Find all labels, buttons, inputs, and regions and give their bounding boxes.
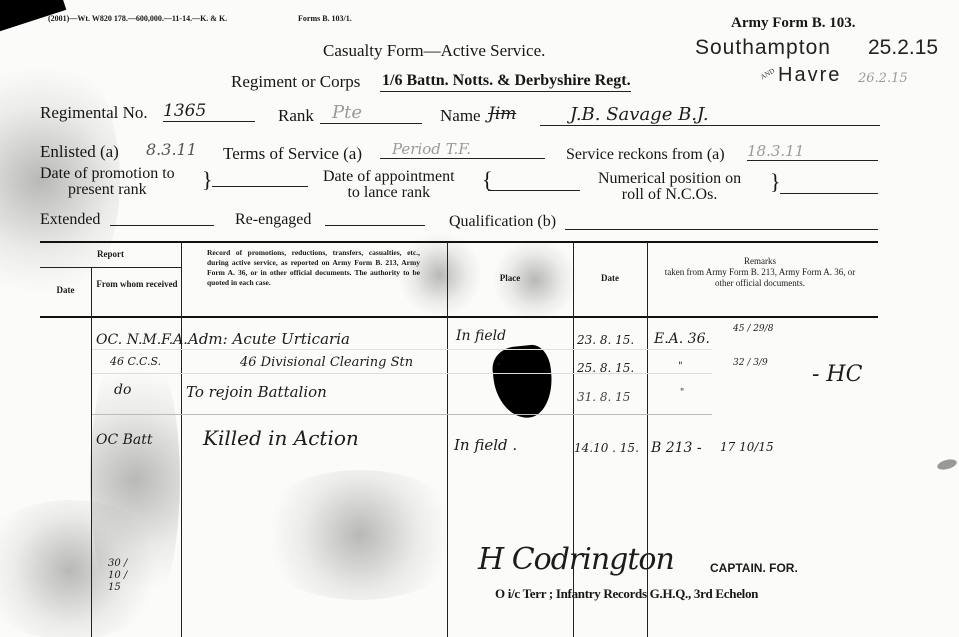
regimental-no-value: 1365: [163, 101, 255, 122]
records-office: O i/c Terr ; Infantry Records G.H.Q., 3r…: [495, 586, 758, 602]
col-divider: [647, 242, 648, 637]
header-place: Place: [447, 273, 573, 284]
extended-field[interactable]: [110, 225, 214, 226]
promotion-label-line2: present rank: [40, 182, 175, 198]
stamp-southampton-date: 25.2.15: [868, 36, 938, 60]
name-label: Name: [440, 106, 481, 126]
regimental-no-label: Regimental No.: [40, 103, 148, 123]
remarks-note-cell: 17 10/15: [720, 440, 774, 454]
terms-label: Terms of Service (a): [223, 144, 362, 164]
promotion-label-line1: Date of promotion to: [40, 166, 175, 182]
extended-label: Extended: [40, 211, 100, 229]
remarks-cell: ": [680, 388, 684, 398]
name-value: J.B. Savage B.J.: [540, 104, 880, 126]
reengaged-label: Re-engaged: [235, 211, 311, 229]
appointment-label-line2: to lance rank: [323, 185, 455, 201]
appointment-label-line1: Date of appointment: [323, 169, 455, 185]
record-cell: 46 Divisional Clearing Stn: [240, 355, 413, 370]
brace-icon: }: [202, 168, 213, 192]
date-cell: 31. 8. 15: [577, 390, 630, 404]
numerical-label-line2: roll of N.C.Os.: [598, 187, 741, 203]
forms-ref: Forms B. 103/1.: [298, 14, 352, 23]
enlisted-label: Enlisted (a): [40, 142, 119, 162]
date-cell: 25. 8. 15.: [577, 361, 634, 375]
enlisted-value: 8.3.11: [146, 140, 197, 159]
remarks-cell: ": [678, 361, 683, 372]
header-date2: Date: [573, 273, 647, 284]
numerical-label: Numerical position on roll of N.C.Os.: [598, 171, 741, 203]
service-reckons-label: Service reckons from (a): [566, 146, 725, 164]
promotion-label: Date of promotion to present rank: [40, 166, 175, 198]
header-report: Report: [40, 249, 181, 260]
numerical-field[interactable]: [780, 193, 878, 194]
brace-icon: {: [482, 168, 493, 192]
col-divider: [91, 268, 92, 637]
from-whom-cell: OC. N.M.F.A.: [96, 332, 188, 348]
stain: [250, 470, 470, 600]
service-reckons-value: 18.3.11: [747, 142, 878, 161]
col-divider: [447, 242, 448, 637]
initials-mark: - HC: [812, 362, 862, 387]
reengaged-field[interactable]: [325, 225, 425, 226]
table-header-rule: [40, 316, 878, 318]
signature-title: CAPTAIN. FOR.: [710, 561, 798, 575]
header-remarks-title: Remarks: [660, 256, 860, 267]
header-date: Date: [40, 285, 91, 296]
record-cell: Adm: Acute Urticaria: [188, 330, 350, 348]
place-cell: ": [496, 362, 501, 373]
qualification-field[interactable]: [565, 229, 878, 230]
record-cell: To rejoin Battalion: [186, 383, 327, 401]
terms-value: Period T.F.: [380, 140, 545, 159]
col-divider: [181, 242, 182, 637]
record-cell: Killed in Action: [203, 426, 359, 450]
numerical-label-line1: Numerical position on: [598, 171, 741, 187]
from-whom-cell: do: [114, 382, 131, 398]
qualification-label: Qualification (b): [449, 213, 556, 231]
row-rule: [92, 349, 712, 350]
report-subrule: [40, 267, 181, 268]
ink-blot: [490, 343, 555, 421]
col-divider: [573, 242, 574, 637]
name-struck-value: Jim: [488, 104, 516, 124]
table-top-rule: [40, 241, 878, 243]
print-line: (2001)—Wt. W820 178.—600,000.—11-14.—K. …: [48, 14, 227, 23]
date-cell: 14.10 . 15.: [574, 441, 639, 455]
promotion-field[interactable]: [212, 186, 308, 187]
place-cell: In field .: [454, 436, 517, 454]
appointment-label: Date of appointment to lance rank: [323, 169, 455, 201]
stamp-and: AND: [759, 67, 776, 82]
from-whom-cell: 46 C.C.S.: [110, 355, 161, 368]
brace-icon: }: [770, 170, 781, 194]
remarks-cell: B 213 -: [651, 440, 702, 456]
signature: H Codrington: [478, 542, 674, 577]
stamp-havre: Havre: [778, 64, 841, 87]
remarks-note-cell: 32 / 3/9: [733, 358, 768, 368]
page-title: Casualty Form—Active Service.: [323, 41, 545, 61]
remarks-cell: E.A. 36.: [654, 331, 710, 347]
row-rule: [92, 414, 712, 415]
form-number: Army Form B. 103.: [731, 15, 856, 32]
appointment-field[interactable]: [488, 190, 580, 191]
remarks-note-cell: 45 / 29/8: [733, 324, 773, 334]
ink-spot: [936, 458, 958, 472]
rank-label: Rank: [278, 106, 314, 126]
header-from-whom: From whom received: [94, 279, 180, 290]
stamp-havre-date: 26.2.15: [858, 71, 908, 86]
regiment-label: Regiment or Corps: [231, 72, 360, 92]
report-date-note: 30 / 10 / 15: [108, 558, 134, 594]
place-cell: In field: [456, 328, 506, 344]
regiment-value: 1/6 Battn. Notts. & Derbyshire Regt.: [380, 72, 631, 92]
header-remarks-body: taken from Army Form B. 213, Army Form A…: [660, 267, 860, 289]
header-record: Record of promotions, reductions, transf…: [207, 248, 420, 288]
from-whom-cell: OC Batt: [96, 432, 153, 448]
stamp-southampton: Southampton: [695, 36, 831, 60]
rank-value: Pte: [320, 102, 422, 124]
date-cell: 23. 8. 15.: [577, 333, 634, 347]
